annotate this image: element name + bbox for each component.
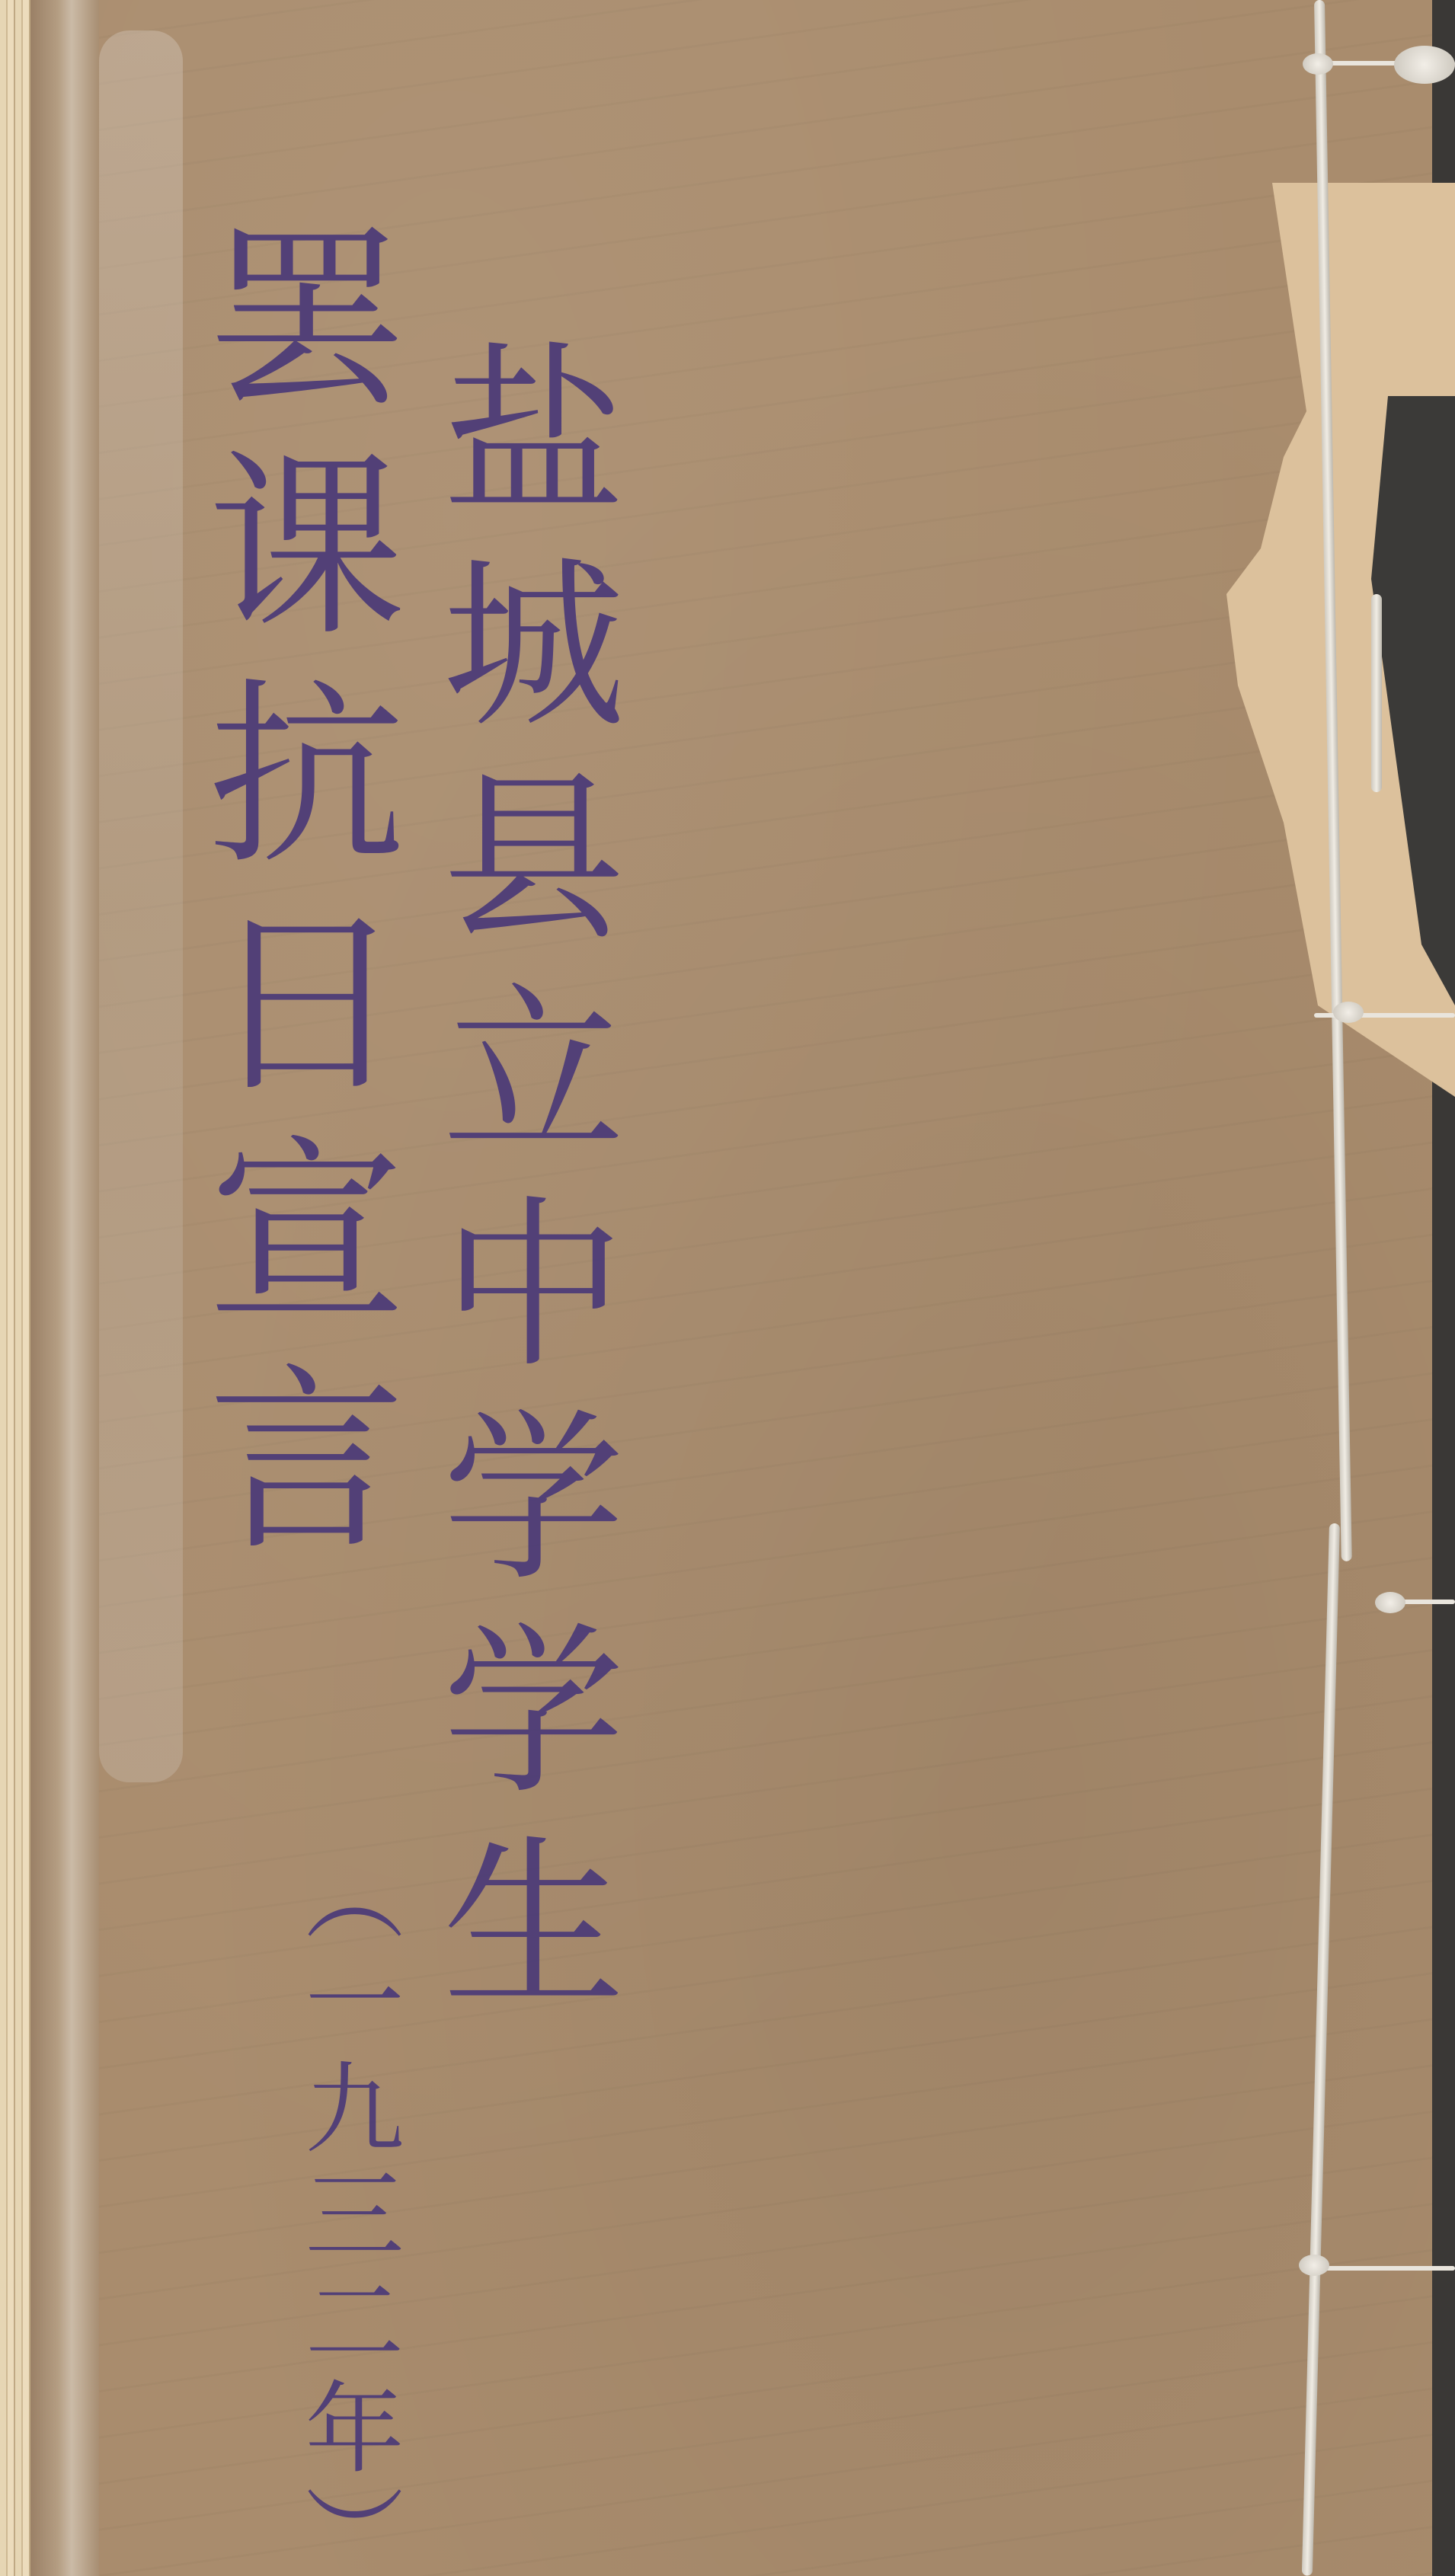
worn-patch [99, 30, 183, 1782]
binding-knot-1 [1303, 53, 1333, 75]
binding-knot-3 [1375, 1592, 1405, 1613]
title-date: （一九三二年） [297, 1843, 396, 2576]
binding-knot-top [1394, 46, 1455, 84]
binding-thread-cross-4 [1310, 2266, 1455, 2271]
binding-knot-4 [1299, 2255, 1329, 2276]
binding-thread-inner [1371, 594, 1382, 792]
title-left-column: 罢课抗日宣言 [190, 213, 389, 1584]
spine-strip [30, 0, 99, 2576]
binding-knot-2 [1333, 1002, 1364, 1023]
title-right-column: 盐城县立中学学生 [427, 335, 609, 2041]
